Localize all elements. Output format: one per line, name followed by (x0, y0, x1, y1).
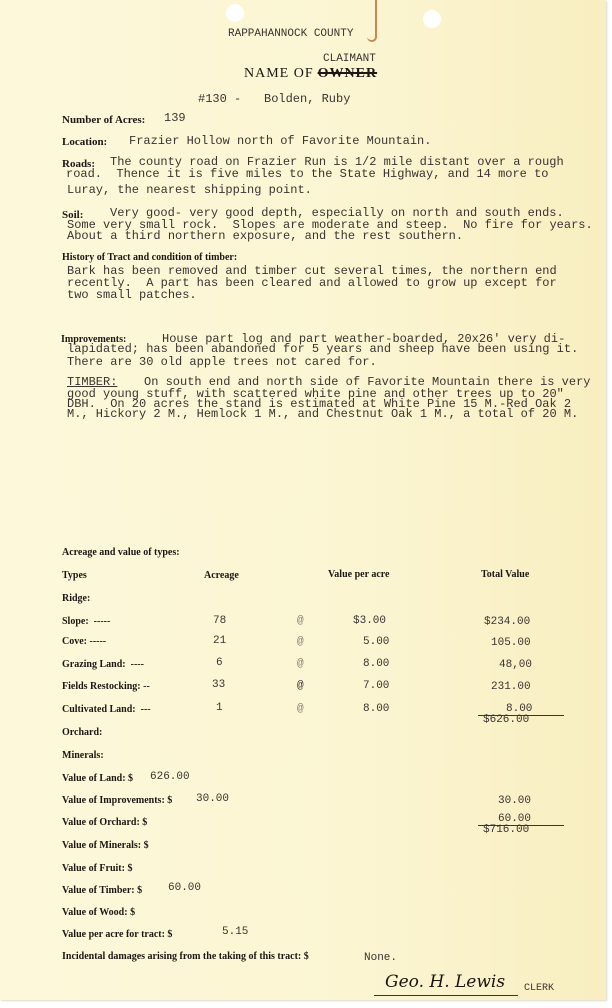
table-row-type: Orchard: (62, 727, 102, 738)
table-row-type: Cultivated Land: --- (62, 704, 151, 715)
col-header-acreage: Acreage (204, 570, 239, 581)
improvements-line: lapidated; has been abandoned for 5 year… (67, 343, 578, 355)
col-header-value-per-acre: Value per acre (328, 569, 389, 580)
table-row-total: 231.00 (491, 681, 531, 693)
table-row-rate: 7.00 (363, 680, 389, 692)
table-row-total: $234.00 (484, 616, 530, 628)
table-row-rate: 5.00 (363, 636, 389, 648)
table-row-type: Slope: ----- (62, 616, 110, 627)
roads-line: road. Thence it is five miles to the Sta… (66, 168, 548, 180)
location-label: Location: (62, 136, 107, 148)
value-of-improvements-label: Value of Improvements: $ (62, 795, 172, 806)
name-of-heading: NAME OF OWNER (244, 64, 377, 82)
table-row-type: Grazing Land: ---- (62, 659, 144, 670)
value-of-land-label: Value of Land: $ (62, 773, 133, 784)
punch-hole (226, 4, 244, 22)
table-row-acreage: 33 (212, 679, 225, 691)
value-of-improvements: 30.00 (196, 793, 229, 805)
value-per-acre-label: Value per acre for tract: $ (62, 929, 172, 940)
table-row-total: 105.00 (491, 637, 531, 649)
at-symbol: @ (297, 615, 304, 627)
value-of-timber: 60.00 (168, 882, 201, 894)
signature-line (374, 995, 518, 996)
table-row-acreage: 6 (216, 657, 223, 669)
table-row-acreage: 1 (216, 702, 223, 714)
owner-struck-label: OWNER (318, 66, 377, 81)
incidental-damages-label: Incidental damages arising from the taki… (62, 951, 309, 962)
roads-line: Luray, the nearest shipping point. (67, 184, 312, 196)
acreage-subtotal: $626.00 (483, 714, 529, 726)
history-line: two small patches. (67, 289, 197, 301)
improvements-line: There are 30 old apple trees not cared f… (67, 356, 377, 368)
at-symbol: @ (297, 680, 304, 692)
table-row-type: Cove: ----- (62, 636, 106, 647)
value-of-timber-label: Value of Timber: $ (62, 885, 142, 896)
document-page: RAPPAHANNOCK COUNTY CLAIMANT NAME OF OWN… (0, 0, 606, 1000)
table-row-rate: $3.00 (353, 615, 386, 627)
improvements-right-total: 30.00 (498, 795, 531, 807)
clerk-signature: Geo. H. Lewis (385, 972, 505, 992)
value-of-land: 626.00 (150, 771, 190, 783)
punch-hole (423, 10, 441, 28)
acreage-table-title: Acreage and value of types: (62, 547, 180, 558)
table-row-acreage: 78 (213, 615, 226, 627)
timber-line: M., Hickory 2 M., Hemlock 1 M., and Ches… (67, 408, 578, 420)
at-symbol: @ (297, 658, 304, 670)
at-symbol: @ (297, 636, 304, 648)
value-of-orchard-label: Value of Orchard: $ (62, 817, 147, 828)
paper-clip-mark (367, 0, 377, 42)
value-of-minerals-label: Value of Minerals: $ (62, 840, 149, 851)
table-row-type: Fields Restocking: -- (62, 681, 150, 692)
name-of-label: NAME OF (244, 66, 314, 81)
tract-id: #130 - (198, 92, 241, 106)
incidental-damages-value: None. (364, 952, 397, 964)
value-per-acre: 5.15 (222, 926, 248, 938)
clerk-label: CLERK (524, 983, 554, 994)
table-row-rate: 8.00 (363, 703, 389, 715)
table-row-type: Minerals: (62, 750, 104, 761)
location-value: Frazier Hollow north of Favorite Mountai… (129, 134, 431, 148)
value-of-wood-label: Value of Wood: $ (62, 907, 135, 918)
col-header-total-value: Total Value (481, 569, 529, 580)
table-row-rate: 8.00 (363, 658, 389, 670)
at-symbol: @ (297, 703, 304, 715)
table-row-type: Ridge: (62, 593, 90, 604)
table-row-total: 48,00 (499, 659, 532, 671)
table-row-acreage: 21 (213, 635, 226, 647)
county-heading: RAPPAHANNOCK COUNTY (228, 28, 353, 40)
value-of-fruit-label: Value of Fruit: $ (62, 863, 132, 874)
acres-value: 139 (164, 111, 186, 125)
acres-label: Number of Acres: (62, 114, 145, 126)
owner-name: Bolden, Ruby (264, 92, 350, 106)
soil-line: About a third northern exposure, and the… (67, 230, 463, 242)
grand-total: $716.00 (483, 824, 529, 836)
col-header-types: Types (62, 570, 87, 581)
history-label: History of Tract and condition of timber… (62, 252, 237, 263)
